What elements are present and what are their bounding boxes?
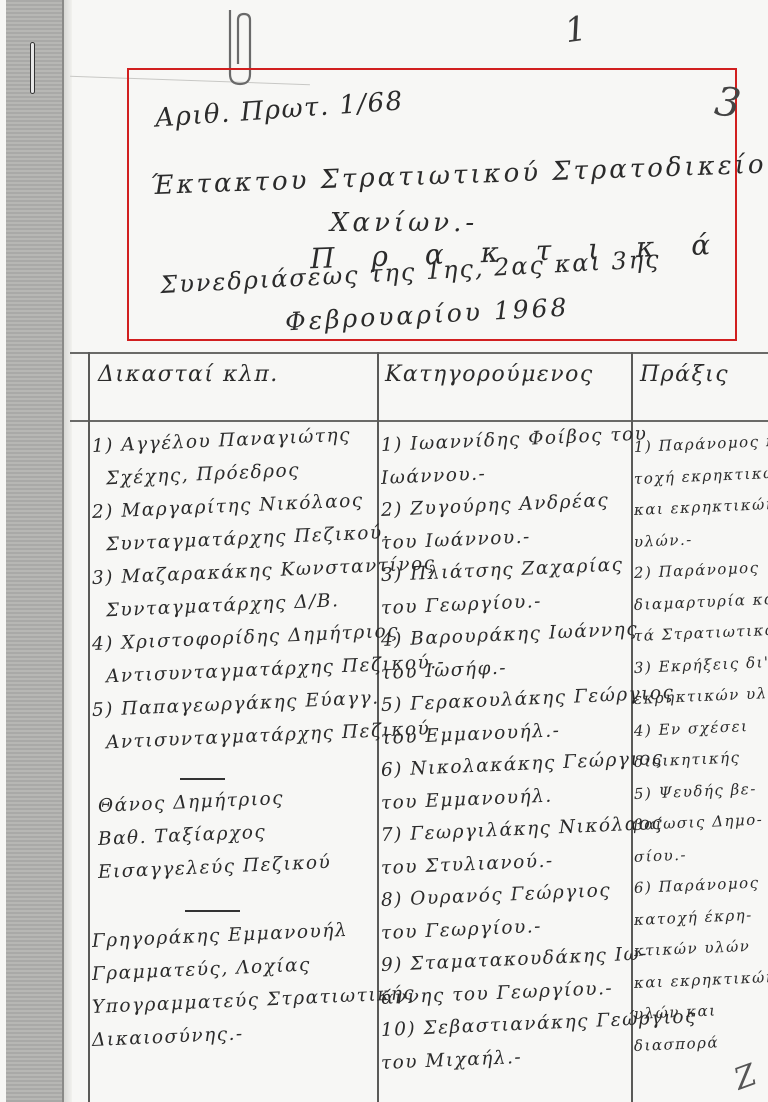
corner-mark: Z	[730, 1057, 762, 1097]
list-item: τά Στρατιωτικών	[634, 615, 768, 652]
list-item: διοικητικής	[634, 741, 768, 778]
acts-list: 1) Παράνομος κα- τοχή εκρηκτικών και εκρ…	[634, 432, 768, 1062]
separator-dash	[180, 778, 225, 780]
list-item: κτικών υλών	[634, 930, 768, 967]
list-item: βαίωσις Δημο-	[634, 804, 768, 841]
clerk-block: Γρηγοράκης Εμμανουήλ Γραμματεύς, Λοχίας …	[92, 925, 415, 1057]
margin-mark: 3	[712, 78, 744, 127]
prosecutor-block: Θάνος Δημήτριος Βαθ. Ταξίαρχος Εισαγγελε…	[98, 790, 331, 889]
list-item: εκρηκτικών υλών	[634, 678, 768, 715]
binding-shadow	[64, 0, 72, 1102]
binding-strip	[6, 0, 64, 1102]
column-header-defendant: Κατηγορούμενος	[385, 362, 594, 387]
scanned-document-page: 1 3 Αριθ. Πρωτ. 1/68 Έκτακτου Στρατιωτικ…	[0, 0, 768, 1102]
list-item: και εκρηκτικών	[634, 489, 768, 526]
staple-icon	[30, 42, 35, 94]
separator-dash	[185, 910, 240, 912]
list-item: διασπορά	[634, 1025, 768, 1062]
court-city: Χανίων.-	[330, 208, 478, 238]
column-header-judges: Δικασταί κλπ.	[98, 362, 279, 387]
page-number: 1	[562, 9, 589, 52]
table-top-rule	[70, 352, 768, 354]
list-item: υλών και	[634, 993, 768, 1030]
column-header-act: Πράξις	[640, 362, 729, 387]
list-item: 6) Παράνομος	[634, 867, 768, 904]
list-item: 2) Παράνομος	[634, 552, 768, 589]
table-left-rule	[88, 352, 90, 1102]
